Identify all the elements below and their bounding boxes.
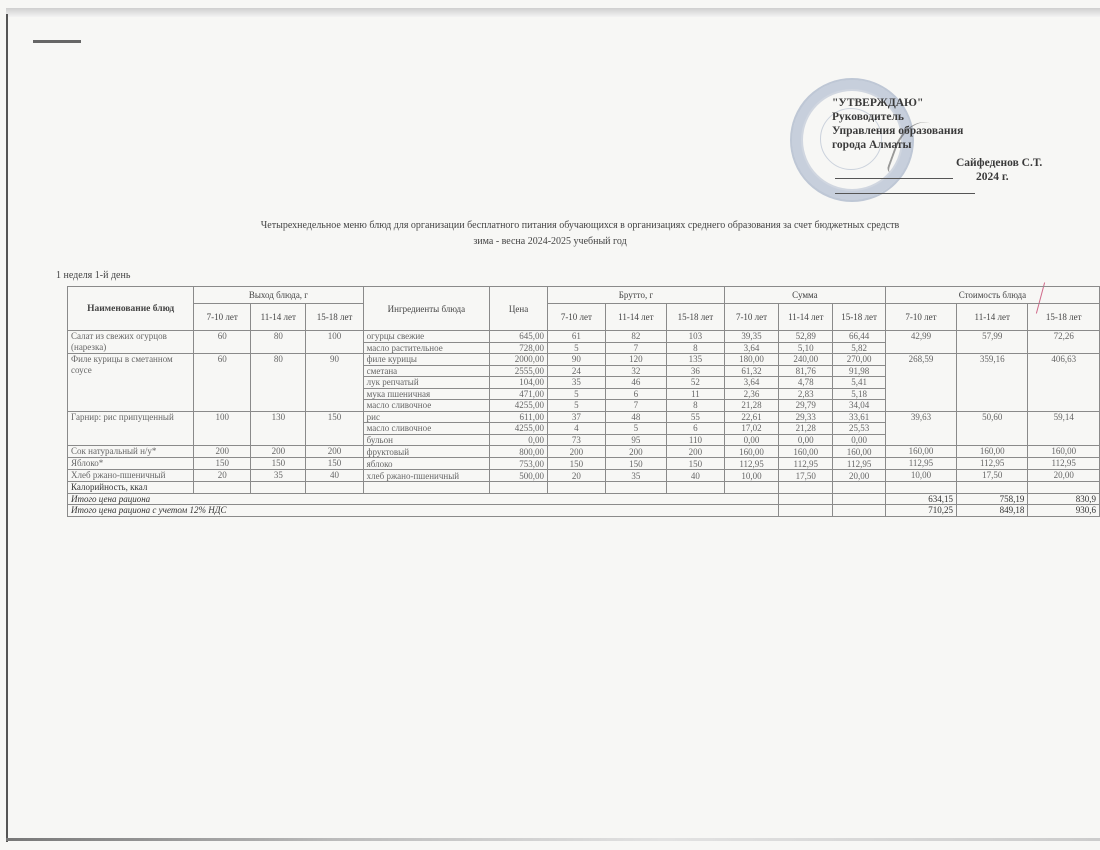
dish-yield: 40 (306, 470, 363, 482)
calories-cell (833, 482, 885, 494)
dish-name: Яблоко* (68, 458, 194, 470)
header-age-group: 15-18 лет (833, 304, 885, 331)
scan-left-edge (6, 14, 8, 842)
table-row: Гарнир: рис припущенный100130150рис611,0… (68, 411, 1100, 423)
ingredient-sum: 5,82 (833, 342, 885, 354)
ingredient-gross: 5 (547, 400, 605, 412)
scan-top-edge (6, 8, 1100, 17)
calories-cell (885, 482, 956, 494)
dish-cost: 17,50 (957, 470, 1028, 482)
ingredient-price: 611,00 (490, 411, 548, 423)
approval-heading: "УТВЕРЖДАЮ" (832, 96, 1042, 110)
dish-cost: 160,00 (885, 446, 956, 458)
dish-yield: 200 (251, 446, 306, 458)
dish-yield: 150 (306, 411, 363, 446)
ingredient-sum: 5,18 (833, 388, 885, 400)
total-vat-row-blank (779, 505, 833, 517)
approval-position: Руководитель (832, 110, 1042, 124)
total-row-blank (833, 493, 885, 505)
age-group-header-row: 7-10 лет11-14 лет15-18 лет7-10 лет11-14 … (68, 304, 1100, 331)
total-vat-row-label: Итого цена рациона с учетом 12% НДС (68, 505, 779, 517)
table-row: Филе курицы в сметанном соусе608090филе … (68, 354, 1100, 366)
header-age-group: 7-10 лет (885, 304, 956, 331)
ingredient-gross: 8 (666, 400, 724, 412)
ingredient-gross: 61 (547, 331, 605, 343)
calories-cell (363, 482, 490, 494)
ingredient-sum: 160,00 (833, 446, 885, 458)
ingredient-gross: 7 (605, 342, 666, 354)
ingredient-sum: 20,00 (833, 470, 885, 482)
ingredient-price: 4255,00 (490, 423, 548, 435)
ingredient-name: фруктовый (363, 446, 490, 458)
ingredient-gross: 135 (666, 354, 724, 366)
ingredient-name: яблоко (363, 458, 490, 470)
calories-cell (194, 482, 251, 494)
approval-signer: Сайфеденов С.Т. (956, 156, 1042, 170)
calories-cell (547, 482, 605, 494)
ingredient-gross: 4 (547, 423, 605, 435)
dish-yield: 100 (194, 411, 251, 446)
ingredient-gross: 36 (666, 365, 724, 377)
ingredient-sum: 5,10 (779, 342, 833, 354)
ingredient-sum: 22,61 (724, 411, 778, 423)
ingredient-price: 753,00 (490, 458, 548, 470)
table-row: Хлеб ржано-пшеничный203540хлеб ржано-пше… (68, 470, 1100, 482)
ingredient-sum: 0,00 (724, 434, 778, 446)
header-age-group: 7-10 лет (547, 304, 605, 331)
ingredient-gross: 200 (605, 446, 666, 458)
ingredient-sum: 0,00 (833, 434, 885, 446)
ingredient-price: 645,00 (490, 331, 548, 343)
dish-yield: 200 (306, 446, 363, 458)
ingredient-sum: 17,02 (724, 423, 778, 435)
dish-cost: 112,95 (957, 458, 1028, 470)
dish-yield: 80 (251, 354, 306, 412)
calories-cell (724, 482, 778, 494)
ingredient-price: 104,00 (490, 377, 548, 389)
document-title: Четырехнедельное меню блюд для организац… (30, 220, 1100, 231)
ingredient-name: масло сливочное (363, 423, 490, 435)
dish-cost: 406,63 (1028, 354, 1100, 412)
total-row-label: Итого цена рациона (68, 493, 779, 505)
calories-row: Калорийность, ккал (68, 482, 1100, 494)
ingredient-sum: 5,41 (833, 377, 885, 389)
menu-table: Наименование блюд Выход блюда, г Ингреди… (67, 286, 1100, 517)
scan-bottom-edge (6, 838, 1100, 841)
ingredient-name: филе курицы (363, 354, 490, 366)
dish-cost: 160,00 (1028, 446, 1100, 458)
ingredient-gross: 200 (666, 446, 724, 458)
ingredient-name: рис (363, 411, 490, 423)
header-age-group: 11-14 лет (251, 304, 306, 331)
approval-year: 2024 г. (976, 170, 1042, 184)
dish-cost: 72,26 (1028, 331, 1100, 354)
ingredient-price: 0,00 (490, 434, 548, 446)
ingredient-price: 4255,00 (490, 400, 548, 412)
dish-yield: 60 (194, 354, 251, 412)
calories-cell (605, 482, 666, 494)
calories-cell (490, 482, 548, 494)
dish-cost: 112,95 (1028, 458, 1100, 470)
approval-block: "УТВЕРЖДАЮ" Руководитель Управления обра… (820, 96, 1042, 184)
ingredient-name: огурцы свежие (363, 331, 490, 343)
ingredient-name: мука пшеничная (363, 388, 490, 400)
dish-yield: 90 (306, 354, 363, 412)
ingredient-price: 471,00 (490, 388, 548, 400)
ingredient-gross: 120 (605, 354, 666, 366)
header-dish-name: Наименование блюд (68, 287, 194, 331)
header-gross: Брутто, г (547, 287, 724, 304)
total-row-blank (779, 493, 833, 505)
calories-cell (251, 482, 306, 494)
ingredient-price: 500,00 (490, 470, 548, 482)
total-row-value: 758,19 (957, 493, 1028, 505)
header-age-group: 7-10 лет (194, 304, 251, 331)
ingredient-name: хлеб ржано-пшеничный (363, 470, 490, 482)
header-sum: Сумма (724, 287, 885, 304)
dish-cost: 268,59 (885, 354, 956, 412)
header-ingredients: Ингредиенты блюда (363, 287, 490, 331)
ingredient-gross: 52 (666, 377, 724, 389)
header-age-group: 15-18 лет (666, 304, 724, 331)
ingredient-sum: 0,00 (779, 434, 833, 446)
ingredient-price: 2555,00 (490, 365, 548, 377)
total-row-value: 830,9 (1028, 493, 1100, 505)
ingredient-sum: 160,00 (779, 446, 833, 458)
ingredient-sum: 25,53 (833, 423, 885, 435)
dish-yield: 35 (251, 470, 306, 482)
ingredient-gross: 150 (666, 458, 724, 470)
dish-cost: 10,00 (885, 470, 956, 482)
approval-city: города Алматы (832, 138, 1042, 152)
ingredient-gross: 95 (605, 434, 666, 446)
ingredient-sum: 2,83 (779, 388, 833, 400)
dish-name: Гарнир: рис припущенный (68, 411, 194, 446)
ingredient-sum: 4,78 (779, 377, 833, 389)
ingredient-gross: 6 (666, 423, 724, 435)
total-vat-row-value: 930,6 (1028, 505, 1100, 517)
ingredient-gross: 6 (605, 388, 666, 400)
header-age-group: 7-10 лет (724, 304, 778, 331)
ingredient-gross: 37 (547, 411, 605, 423)
header-age-group: 15-18 лет (1028, 304, 1100, 331)
ingredient-sum: 112,95 (779, 458, 833, 470)
ingredient-sum: 52,89 (779, 331, 833, 343)
ingredient-gross: 150 (547, 458, 605, 470)
ingredient-sum: 180,00 (724, 354, 778, 366)
ingredient-name: лук репчатый (363, 377, 490, 389)
dish-cost: 359,16 (957, 354, 1028, 412)
ingredient-gross: 103 (666, 331, 724, 343)
ingredient-sum: 17,50 (779, 470, 833, 482)
dish-yield: 150 (251, 458, 306, 470)
ingredient-gross: 40 (666, 470, 724, 482)
ingredient-gross: 8 (666, 342, 724, 354)
ingredient-sum: 10,00 (724, 470, 778, 482)
ingredient-gross: 5 (547, 388, 605, 400)
dish-name: Филе курицы в сметанном соусе (68, 354, 194, 412)
signature-line (835, 178, 953, 179)
ingredient-sum: 21,28 (779, 423, 833, 435)
table-row: Яблоко*150150150яблоко753,00150150150112… (68, 458, 1100, 470)
ingredient-gross: 11 (666, 388, 724, 400)
dish-yield: 200 (194, 446, 251, 458)
header-age-group: 15-18 лет (306, 304, 363, 331)
dish-name: Салат из свежих огурцов (нарезка) (68, 331, 194, 354)
ingredient-gross: 200 (547, 446, 605, 458)
ingredient-sum: 29,79 (779, 400, 833, 412)
header-age-group: 11-14 лет (605, 304, 666, 331)
dish-cost: 160,00 (957, 446, 1028, 458)
dish-yield: 100 (306, 331, 363, 354)
dish-yield: 130 (251, 411, 306, 446)
ingredient-gross: 73 (547, 434, 605, 446)
ingredient-sum: 39,35 (724, 331, 778, 343)
ingredient-gross: 24 (547, 365, 605, 377)
calories-cell (1028, 482, 1100, 494)
dish-cost: 112,95 (885, 458, 956, 470)
table-row: Сок натуральный н/у*200200200фруктовый80… (68, 446, 1100, 458)
ingredient-price: 2000,00 (490, 354, 548, 366)
total-vat-row-value: 849,18 (957, 505, 1028, 517)
header-age-group: 11-14 лет (779, 304, 833, 331)
approval-department: Управления образования (832, 124, 1042, 138)
ingredient-sum: 270,00 (833, 354, 885, 366)
ingredient-sum: 160,00 (724, 446, 778, 458)
calories-label: Калорийность, ккал (68, 482, 194, 494)
ingredient-price: 728,00 (490, 342, 548, 354)
dish-yield: 150 (194, 458, 251, 470)
calories-cell (666, 482, 724, 494)
ingredient-sum: 61,32 (724, 365, 778, 377)
ingredient-sum: 3,64 (724, 342, 778, 354)
ingredient-price: 800,00 (490, 446, 548, 458)
total-row-value: 634,15 (885, 493, 956, 505)
header-yield: Выход блюда, г (194, 287, 363, 304)
table-row: Салат из свежих огурцов (нарезка)6080100… (68, 331, 1100, 343)
ingredient-gross: 110 (666, 434, 724, 446)
ingredient-sum: 81,76 (779, 365, 833, 377)
ingredient-name: бульон (363, 434, 490, 446)
ingredient-sum: 3,64 (724, 377, 778, 389)
dash-mark (33, 40, 81, 43)
total-vat-row-blank (833, 505, 885, 517)
total-vat-row: Итого цена рациона с учетом 12% НДС710,2… (68, 505, 1100, 517)
document-subtitle: зима - весна 2024-2025 учебный год (0, 236, 1100, 247)
ingredient-sum: 33,61 (833, 411, 885, 423)
ingredient-gross: 5 (547, 342, 605, 354)
ingredient-gross: 35 (547, 377, 605, 389)
week-day-label: 1 неделя 1-й день (56, 270, 130, 281)
dish-yield: 150 (306, 458, 363, 470)
total-vat-row-value: 710,25 (885, 505, 956, 517)
total-row: Итого цена рациона634,15758,19830,9 (68, 493, 1100, 505)
ingredient-gross: 32 (605, 365, 666, 377)
ingredient-sum: 112,95 (724, 458, 778, 470)
ingredient-gross: 5 (605, 423, 666, 435)
dish-yield: 60 (194, 331, 251, 354)
ingredient-name: масло растительное (363, 342, 490, 354)
ingredient-sum: 66,44 (833, 331, 885, 343)
dish-name: Сок натуральный н/у* (68, 446, 194, 458)
dish-name: Хлеб ржано-пшеничный (68, 470, 194, 482)
dish-cost: 20,00 (1028, 470, 1100, 482)
header-age-group: 11-14 лет (957, 304, 1028, 331)
ingredient-gross: 90 (547, 354, 605, 366)
date-line (835, 193, 975, 194)
ingredient-gross: 35 (605, 470, 666, 482)
ingredient-gross: 48 (605, 411, 666, 423)
calories-cell (779, 482, 833, 494)
dish-yield: 20 (194, 470, 251, 482)
dish-cost: 59,14 (1028, 411, 1100, 446)
ingredient-sum: 240,00 (779, 354, 833, 366)
dish-cost: 42,99 (885, 331, 956, 354)
ingredient-sum: 112,95 (833, 458, 885, 470)
calories-cell (957, 482, 1028, 494)
dish-cost: 50,60 (957, 411, 1028, 446)
header-dish-cost: Стоимость блюда (885, 287, 1099, 304)
header-price: Цена (490, 287, 548, 331)
ingredient-gross: 150 (605, 458, 666, 470)
ingredient-sum: 29,33 (779, 411, 833, 423)
ingredient-sum: 21,28 (724, 400, 778, 412)
ingredient-gross: 46 (605, 377, 666, 389)
ingredient-sum: 34,04 (833, 400, 885, 412)
ingredient-gross: 55 (666, 411, 724, 423)
ingredient-gross: 82 (605, 331, 666, 343)
ingredient-gross: 20 (547, 470, 605, 482)
dish-cost: 39,63 (885, 411, 956, 446)
calories-cell (306, 482, 363, 494)
ingredient-sum: 91,98 (833, 365, 885, 377)
ingredient-gross: 7 (605, 400, 666, 412)
ingredient-name: сметана (363, 365, 490, 377)
ingredient-name: масло сливочное (363, 400, 490, 412)
dish-cost: 57,99 (957, 331, 1028, 354)
ingredient-sum: 2,36 (724, 388, 778, 400)
dish-yield: 80 (251, 331, 306, 354)
